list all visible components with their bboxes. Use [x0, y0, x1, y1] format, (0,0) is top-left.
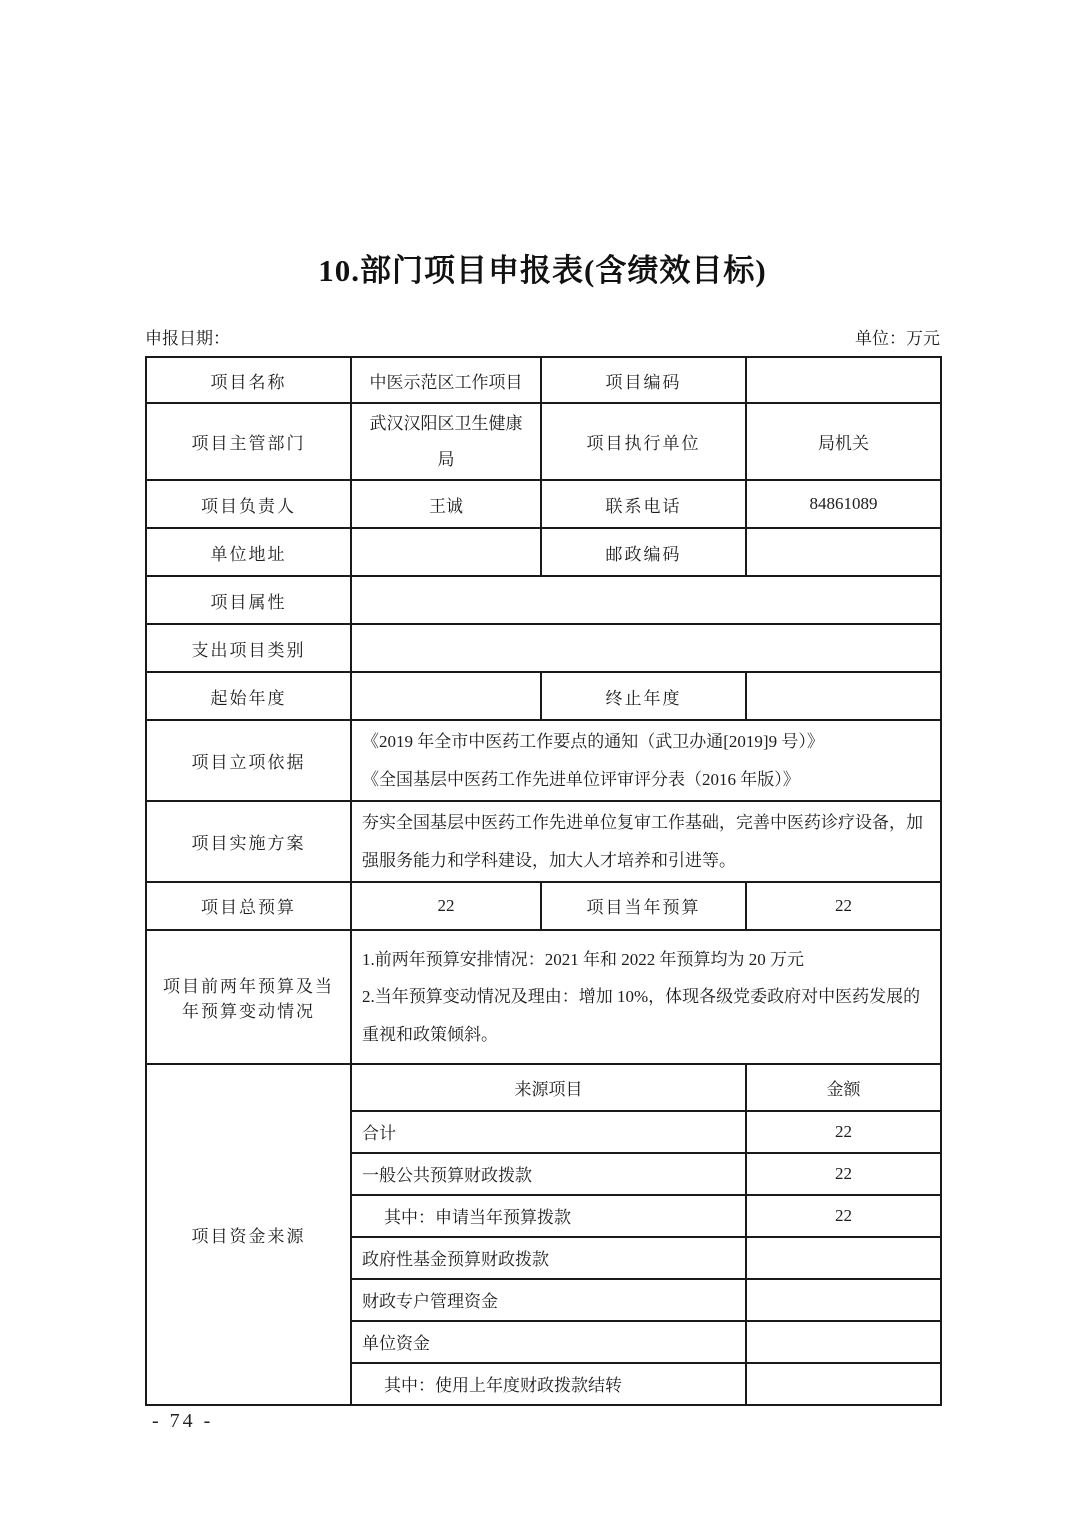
basis-line-2: 《全国基层中医药工作先进单位评审评分表（2016 年版）》 [362, 761, 930, 798]
project-code-value [746, 357, 941, 403]
funding-source-cell: 其中：使用上年度财政拨款结转 [351, 1363, 746, 1405]
funding-amount-cell [746, 1321, 941, 1363]
expense-type-value [351, 624, 941, 672]
project-name-label: 项目名称 [146, 357, 351, 403]
end-year-label: 终止年度 [541, 672, 746, 720]
funding-source-cell: 合计 [351, 1111, 746, 1153]
funding-amount-cell [746, 1363, 941, 1405]
total-budget-value: 22 [351, 882, 541, 930]
table-row: 项目名称 中医示范区工作项目 项目编码 [146, 357, 941, 403]
executor-label: 项目执行单位 [541, 403, 746, 480]
table-row: 支出项目类别 [146, 624, 941, 672]
current-budget-label: 项目当年预算 [541, 882, 746, 930]
leader-label: 项目负责人 [146, 480, 351, 528]
table-row: 起始年度 终止年度 [146, 672, 941, 720]
end-year-value [746, 672, 941, 720]
dept-value: 武汉汉阳区卫生健康局 [351, 403, 541, 480]
table-row: 项目实施方案 夯实全国基层中医药工作先进单位复审工作基础，完善中医药诊疗设备，加… [146, 801, 941, 882]
table-row: 项目属性 [146, 576, 941, 624]
page-number: - 74 - [152, 1410, 213, 1433]
plan-value: 夯实全国基层中医药工作先进单位复审工作基础，完善中医药诊疗设备，加强服务能力和学… [351, 801, 941, 882]
funding-amount-cell: 22 [746, 1153, 941, 1195]
funding-amount-cell: 22 [746, 1111, 941, 1153]
page-title: 10.部门项目申报表(含绩效目标) [145, 245, 940, 290]
start-year-label: 起始年度 [146, 672, 351, 720]
funding-label: 项目资金来源 [146, 1064, 351, 1405]
table-row: 项目总预算 22 项目当年预算 22 [146, 882, 941, 930]
funding-header-row: 项目资金来源 来源项目 金额 [146, 1064, 941, 1111]
dept-label: 项目主管部门 [146, 403, 351, 480]
table-row: 项目立项依据 《2019 年全市中医药工作要点的通知（武卫办通[2019]9 号… [146, 720, 941, 801]
unit-label: 单位：万元 [855, 324, 940, 349]
executor-value: 局机关 [746, 403, 941, 480]
project-application-table: 项目名称 中医示范区工作项目 项目编码 项目主管部门 武汉汉阳区卫生健康局 项目… [145, 356, 942, 1406]
basis-value: 《2019 年全市中医药工作要点的通知（武卫办通[2019]9 号）》 《全国基… [351, 720, 941, 801]
prior-budget-line-1: 1.前两年预算安排情况：2021 年和 2022 年预算均为 20 万元 [362, 941, 930, 978]
total-budget-label: 项目总预算 [146, 882, 351, 930]
funding-amount-cell [746, 1279, 941, 1321]
document-page: 10.部门项目申报表(含绩效目标) 申报日期： 单位：万元 项目名称 中医示范区… [0, 0, 1074, 1520]
prior-budget-value: 1.前两年预算安排情况：2021 年和 2022 年预算均为 20 万元 2.当… [351, 930, 941, 1064]
prior-budget-line-2: 2.当年预算变动情况及理由：增加 10%，体现各级党委政府对中医药发展的重视和政… [362, 978, 930, 1053]
funding-source-cell: 单位资金 [351, 1321, 746, 1363]
funding-amount-cell [746, 1237, 941, 1279]
address-label: 单位地址 [146, 528, 351, 576]
document-content: 10.部门项目申报表(含绩效目标) 申报日期： 单位：万元 项目名称 中医示范区… [145, 245, 940, 1406]
meta-row: 申报日期： 单位：万元 [145, 324, 940, 349]
funding-source-cell: 财政专户管理资金 [351, 1279, 746, 1321]
declare-date-label: 申报日期： [145, 324, 230, 349]
project-code-label: 项目编码 [541, 357, 746, 403]
expense-type-label: 支出项目类别 [146, 624, 351, 672]
project-name-value: 中医示范区工作项目 [351, 357, 541, 403]
plan-label: 项目实施方案 [146, 801, 351, 882]
funding-source-cell: 其中：申请当年预算拨款 [351, 1195, 746, 1237]
table-row: 单位地址 邮政编码 [146, 528, 941, 576]
funding-amount-cell: 22 [746, 1195, 941, 1237]
basis-line-1: 《2019 年全市中医药工作要点的通知（武卫办通[2019]9 号）》 [362, 723, 930, 760]
address-value [351, 528, 541, 576]
current-budget-value: 22 [746, 882, 941, 930]
leader-value: 王诚 [351, 480, 541, 528]
funding-source-cell: 政府性基金预算财政拨款 [351, 1237, 746, 1279]
phone-label: 联系电话 [541, 480, 746, 528]
table-row: 项目主管部门 武汉汉阳区卫生健康局 项目执行单位 局机关 [146, 403, 941, 480]
table-row: 项目负责人 王诚 联系电话 84861089 [146, 480, 941, 528]
basis-label: 项目立项依据 [146, 720, 351, 801]
table-row: 项目前两年预算及当年预算变动情况 1.前两年预算安排情况：2021 年和 202… [146, 930, 941, 1064]
attribute-value [351, 576, 941, 624]
postcode-label: 邮政编码 [541, 528, 746, 576]
prior-budget-label: 项目前两年预算及当年预算变动情况 [146, 930, 351, 1064]
funding-source-cell: 一般公共预算财政拨款 [351, 1153, 746, 1195]
attribute-label: 项目属性 [146, 576, 351, 624]
funding-source-header: 来源项目 [351, 1064, 746, 1111]
funding-amount-header: 金额 [746, 1064, 941, 1111]
phone-value: 84861089 [746, 480, 941, 528]
start-year-value [351, 672, 541, 720]
postcode-value [746, 528, 941, 576]
